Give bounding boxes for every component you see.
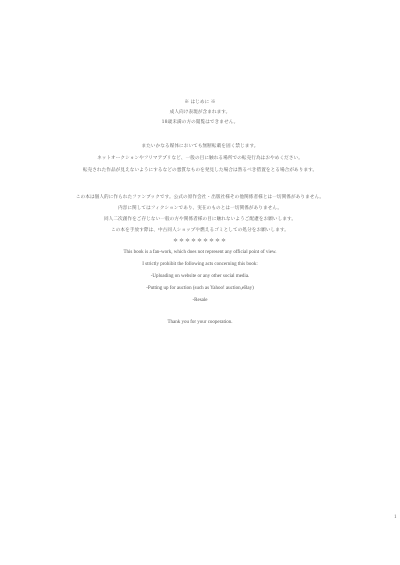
thanks-line: Thank you for your cooperation. [0, 320, 400, 326]
english-line-2: I strictly prohibit the following acts c… [0, 262, 400, 268]
fanbook-line-3: 同人二次創作をご存じない一般の方や関係者様の目に触れないようご配慮をお願いします… [0, 217, 400, 223]
fanbook-line-4: この本を手放す際は、中古同人ショップや燃えるゴミとしての処分をお願いします。 [0, 228, 400, 234]
fanbook-line-2: 内容に関してはフィクションであり、実在のものとは一切関係がありません。 [0, 206, 400, 212]
separator: ＊＊＊＊＊＊＊＊＊ [0, 238, 400, 244]
notice-heading: ※ はじめに ※ [0, 100, 400, 106]
document-page: ※ はじめに ※ 成人向け表現が含まれます。 18歳未満の方の閲覧はできません。… [0, 0, 400, 565]
english-line-1: This book is a fan-work, which does not … [0, 250, 400, 256]
prohibition-line-2: ネットオークションやフリマアプリなど、一般の目に触れる場所での転売行為はおやめく… [0, 156, 400, 162]
age-warning-line-2: 18歳未満の方の閲覧はできません。 [0, 120, 400, 126]
page-number: 1 [394, 515, 397, 520]
english-line-4: -Putting up for auction (such as Yahoo! … [0, 286, 400, 292]
english-line-5: -Resale [0, 298, 400, 304]
age-warning-line-1: 成人向け表現が含まれます。 [0, 110, 400, 116]
fanbook-line-1: この本は個人的に作られたファンブックです。公式の原作会社・出版社様その他関係者様… [0, 195, 400, 201]
english-line-3: -Uploading on website or any other socia… [0, 274, 400, 280]
prohibition-line-3: 転売された作品が見えないようにするなどの悪質なものを発見した場合は然るべき措置を… [0, 168, 400, 174]
prohibition-line-1: またいかなる媒体においても無断転載を固く禁じます。 [0, 144, 400, 150]
